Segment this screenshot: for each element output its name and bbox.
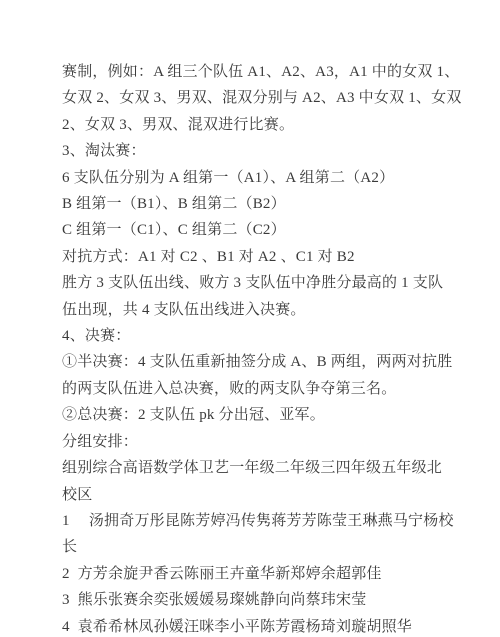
text-line: B 组第一（B1）、B 组第二（B2） bbox=[62, 191, 444, 217]
document-text: 赛制，例如：A 组三个队伍 A1、A2、A3，A1 中的女双 1、女双 2、女双… bbox=[62, 0, 444, 637]
text-line: ②总决赛：2 支队伍 pk 分出冠、亚军。 bbox=[62, 402, 444, 428]
text-line: 女双 2、女双 3、男双、混双分别与 A2、A3 中女双 1、女双 bbox=[62, 85, 444, 111]
text-line: 6 支队伍分别为 A 组第一（A1）、A 组第二（A2） bbox=[62, 165, 444, 191]
text-line: 2、女双 3、男双、混双进行比赛。 bbox=[62, 112, 444, 138]
text-line: 的两支队伍进入总决赛，败的两支队争夺第三名。 bbox=[62, 376, 444, 402]
text-line: 对抗方式：A1 对 C2 、B1 对 A2 、C1 对 B2 bbox=[62, 244, 444, 270]
text-line: ①半决赛：4 支队伍重新抽签分成 A、B 两组，两两对抗胜 bbox=[62, 349, 444, 375]
text-line: 1 汤拥奇万彤昆陈芳婷冯传隽蒋芳芳陈莹王琳燕马宁杨校 bbox=[62, 508, 444, 534]
text-line: 4 袁希希林凤孙媛汪咪李小平陈芳霞杨琦刘璇胡照华 bbox=[62, 614, 444, 637]
text-line: 分组安排： bbox=[62, 429, 444, 455]
text-line: 3 熊乐张赛余奕张媛媛易璨姚静向尚蔡玮宋莹 bbox=[62, 587, 444, 613]
text-line: 胜方 3 支队伍出线、败方 3 支队伍中净胜分最高的 1 支队 bbox=[62, 270, 444, 296]
text-line: 4、决赛： bbox=[62, 323, 444, 349]
text-line: 3、淘汰赛： bbox=[62, 138, 444, 164]
text-line: 2 方芳余旋尹香云陈丽王卉童华新郑婷余超郭佳 bbox=[62, 561, 444, 587]
text-line: C 组第一（C1）、C 组第二（C2） bbox=[62, 217, 444, 243]
document-page: 赛制，例如：A 组三个队伍 A1、A2、A3，A1 中的女双 1、女双 2、女双… bbox=[0, 0, 500, 637]
text-line: 赛制，例如：A 组三个队伍 A1、A2、A3，A1 中的女双 1、 bbox=[62, 59, 444, 85]
text-line: 校区 bbox=[62, 482, 444, 508]
text-line: 伍出现，共 4 支队伍出线进入决赛。 bbox=[62, 297, 444, 323]
text-line: 组别综合高语数学体卫艺一年级二年级三四年级五年级北 bbox=[62, 455, 444, 481]
text-line: 长 bbox=[62, 534, 444, 560]
